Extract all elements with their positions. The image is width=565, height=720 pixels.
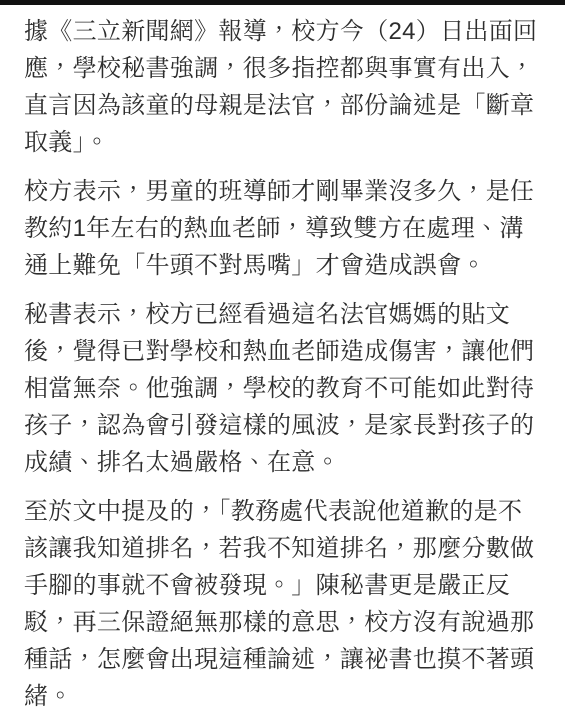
- article-body: 據《三立新聞網》報導，校方今（24）日出面回應，學校秘書強調，很多指控都與事實有…: [0, 5, 565, 715]
- article-paragraph-4: 至於文中提及的，「教務處代表說他道歉的是不該讓我知道排名，若我不知道排名，那麼分…: [24, 493, 544, 715]
- article-paragraph-3: 秘書表示，校方已經看過這名法官媽媽的貼文後，覺得已對學校和熱血老師造成傷害，讓他…: [24, 296, 544, 481]
- article-paragraph-1: 據《三立新聞網》報導，校方今（24）日出面回應，學校秘書強調，很多指控都與事實有…: [24, 13, 544, 161]
- article-page: 據《三立新聞網》報導，校方今（24）日出面回應，學校秘書強調，很多指控都與事實有…: [0, 0, 565, 720]
- article-paragraph-2: 校方表示，男童的班導師才剛畢業沒多久，是任教約1年左右的熱血老師，導致雙方在處理…: [24, 173, 544, 284]
